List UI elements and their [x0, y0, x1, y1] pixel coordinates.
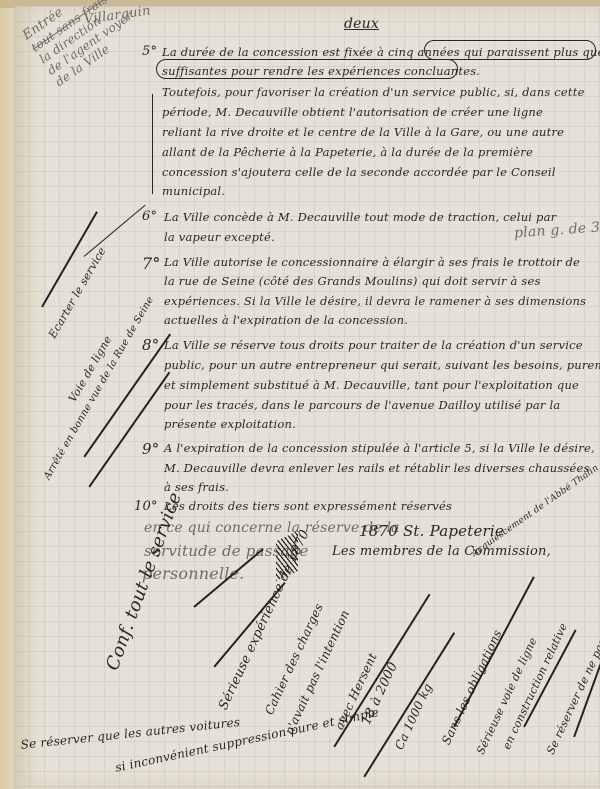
- article-10-line: Les droits des tiers sont expressément r…: [164, 499, 452, 513]
- margin-note-ecarter: Ecarter le service: [46, 245, 109, 340]
- pencil-note-left: Entrée tout sans frais la direction de l…: [20, 0, 143, 89]
- article-7-line: actuelles à l'expiration de la concessio…: [164, 313, 408, 327]
- annotation: si inconvénient suppression pure et simp…: [114, 705, 380, 775]
- article-5-line: reliant la rive droite et le centre de l…: [162, 125, 564, 139]
- article-number-5: 5°: [142, 44, 157, 59]
- article-8-line: présente exploitation.: [164, 417, 296, 431]
- annotation: Ca 1000 kg: [392, 681, 435, 752]
- article-number-7: 7°: [142, 254, 161, 273]
- article-number-6: 6°: [142, 209, 157, 224]
- article-8-line: public, pour un autre entrepreneur qui s…: [164, 358, 600, 372]
- circled-phrase: [424, 40, 596, 60]
- page-heading: deux: [344, 16, 379, 32]
- manuscript-page: Villarquin Entrée tout sans frais la dir…: [14, 6, 600, 789]
- article-5-line: allant de la Pêcherie à la Papeterie, à …: [162, 145, 533, 159]
- article-7-line: expériences. Si la Ville le désire, il d…: [164, 294, 586, 308]
- bracket-line: [152, 94, 153, 194]
- article-5-line: période, M. Decauville obtient l'autoris…: [162, 105, 543, 119]
- circled-phrase: [156, 59, 458, 79]
- article-5-line: municipal.: [162, 184, 225, 198]
- strike-line: [84, 205, 146, 257]
- article-7-line: La Ville autorise le concessionnaire à é…: [164, 255, 580, 269]
- article-number-10: 10°: [134, 499, 158, 514]
- article-6-line: La Ville concède à M. Decauville tout mo…: [164, 210, 556, 224]
- article-5-line: Toutefois, pour favoriser la création d'…: [162, 85, 585, 99]
- article-number-9: 9°: [142, 440, 159, 458]
- article-8-line: pour les tracés, dans le parcours de l'a…: [164, 398, 560, 412]
- article-8-line: et simplement substitué à M. Decauville,…: [164, 378, 579, 392]
- article-8-line: La Ville se réserve tous droits pour tra…: [164, 338, 583, 352]
- article-9-line: A l'expiration de la concession stipulée…: [164, 441, 595, 455]
- article-7-line: la rue de Seine (côté des Grands Moulins…: [164, 274, 541, 288]
- article-5-line: concession s'ajoutera celle de la second…: [162, 165, 556, 179]
- article-9-line: M. Decauville devra enlever les rails et…: [164, 461, 590, 475]
- article-6-line: la vapeur excepté.: [164, 230, 275, 244]
- commission-members-line: Les membres de la Commission,: [332, 544, 551, 559]
- signature: 1870 St. Papeterie: [359, 522, 504, 540]
